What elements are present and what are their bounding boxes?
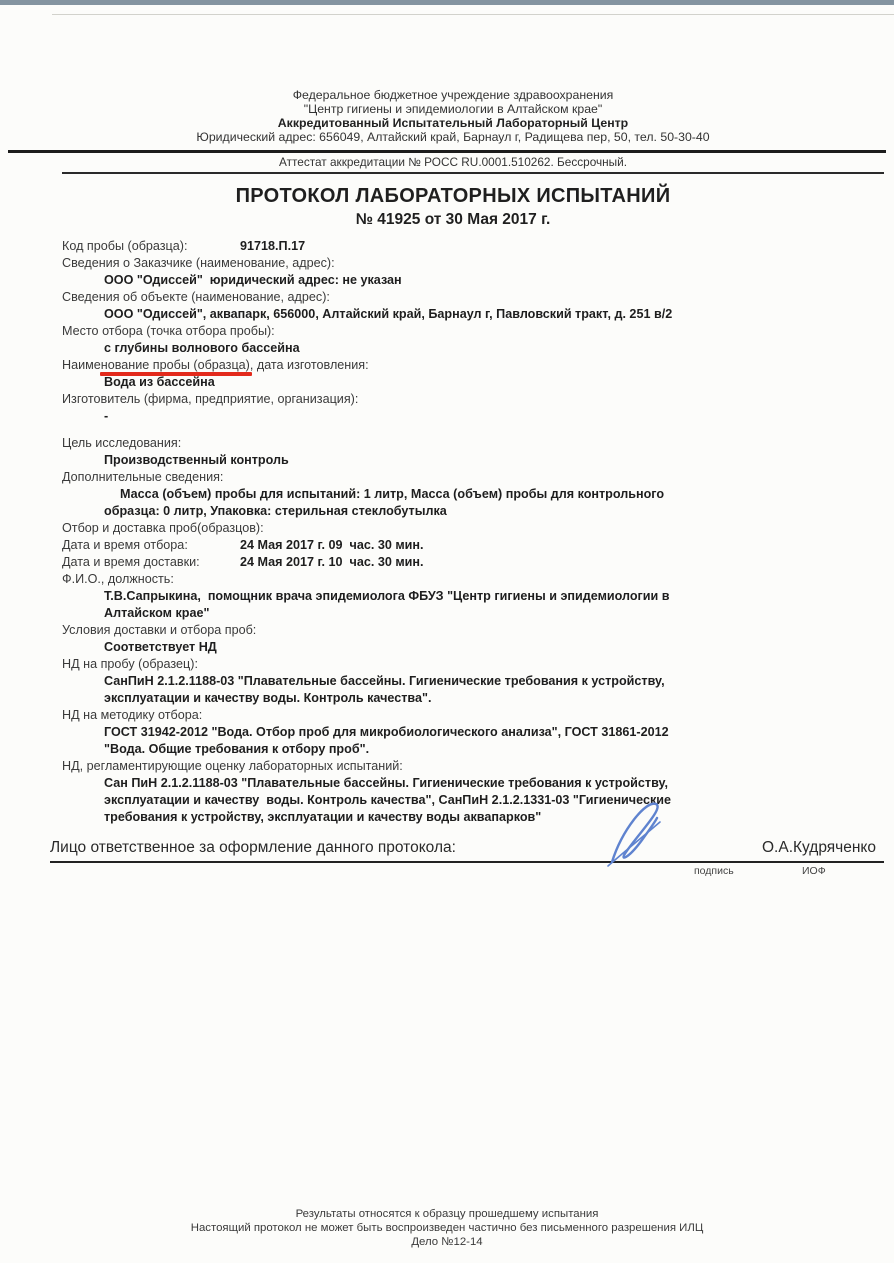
footer-line3: Дело №12-14 xyxy=(0,1235,894,1249)
signature-row: Лицо ответственное за оформление данного… xyxy=(50,838,884,858)
field-sampling-delivery-heading: Отбор и доставка проб(образцов): xyxy=(62,520,844,537)
org-address: Юридический адрес: 656049, Алтайский кра… xyxy=(62,130,844,144)
field-sampler-name-position: Ф.И.О., должность: Т.В.Сапрыкина, помощн… xyxy=(62,571,844,622)
field-label: Дата и время отбора: xyxy=(62,537,240,554)
document-content: Федеральное бюджетное учреждение здравоо… xyxy=(0,0,894,878)
field-object-info: Сведения об объекте (наименование, адрес… xyxy=(62,289,844,323)
footer-line1: Результаты относятся к образцу прошедшем… xyxy=(0,1207,894,1221)
protocol-number: № 41925 от 30 Мая 2017 г. xyxy=(62,210,844,230)
field-sample-code: Код пробы (образца):91718.П.17 xyxy=(62,238,844,255)
field-label: НД на пробу (образец): xyxy=(62,656,844,673)
field-value: ООО "Одиссей", аквапарк, 656000, Алтайск… xyxy=(62,306,844,323)
red-underline-mark xyxy=(100,372,252,376)
field-label: Код пробы (образца): xyxy=(62,238,240,255)
org-name-line2: "Центр гигиены и эпидемиологии в Алтайск… xyxy=(62,102,844,116)
header-divider-thick xyxy=(8,150,886,153)
field-value: 24 Мая 2017 г. 09 час. 30 мин. xyxy=(240,538,424,552)
responsible-person-label: Лицо ответственное за оформление данного… xyxy=(50,838,456,858)
field-label: Условия доставки и отбора проб: xyxy=(62,622,844,639)
org-name-line3: Аккредитованный Испытательный Лабораторн… xyxy=(62,116,844,130)
field-value: ООО "Одиссей" юридический адрес: не указ… xyxy=(62,272,844,289)
document-page: Федеральное бюджетное учреждение здравоо… xyxy=(0,0,894,1263)
field-label: Место отбора (точка отбора пробы): xyxy=(62,323,844,340)
field-value: Сан ПиН 2.1.2.1188-03 "Плавательные басс… xyxy=(62,775,844,826)
field-sample-name: Наименование пробы (образца), дата изгот… xyxy=(62,357,844,391)
field-label: Сведения о Заказчике (наименование, адре… xyxy=(62,255,844,272)
field-research-purpose: Цель исследования: Производственный конт… xyxy=(62,435,844,469)
field-manufacturer: Изготовитель (фирма, предприятие, органи… xyxy=(62,391,844,425)
field-value: ГОСТ 31942-2012 "Вода. Отбор проб для ми… xyxy=(62,724,844,758)
signature-scribble xyxy=(602,796,674,870)
field-value: 24 Мая 2017 г. 10 час. 30 мин. xyxy=(240,555,424,569)
field-label: Дата и время доставки: xyxy=(62,554,240,571)
scan-artifact-line xyxy=(52,14,894,15)
accreditation-line: Аттестат аккредитации № РОСС RU.0001.510… xyxy=(62,156,844,169)
header-divider-thin xyxy=(62,172,884,174)
field-label: Отбор и доставка проб(образцов): xyxy=(62,520,844,537)
letterhead: Федеральное бюджетное учреждение здравоо… xyxy=(62,88,844,144)
fields-list: Код пробы (образца):91718.П.17 Сведения … xyxy=(62,238,844,826)
field-sampling-place: Место отбора (точка отбора пробы): с глу… xyxy=(62,323,844,357)
field-delivery-datetime: Дата и время доставки:24 Мая 2017 г. 10 … xyxy=(62,554,844,571)
field-value: СанПиН 2.1.2.1188-03 "Плавательные бассе… xyxy=(62,673,844,707)
page-footer: Результаты относятся к образцу прошедшем… xyxy=(0,1207,894,1249)
signature-captions: подпись ИОФ xyxy=(50,863,884,878)
responsible-person-name: О.А.Кудряченко xyxy=(762,838,876,858)
field-nd-sampling-method: НД на методику отбора: ГОСТ 31942-2012 "… xyxy=(62,707,844,758)
initials-caption: ИОФ xyxy=(802,865,826,877)
field-value: Вода из бассейна xyxy=(62,374,844,391)
signature-area: Лицо ответственное за оформление данного… xyxy=(50,838,884,878)
field-value: с глубины волнового бассейна xyxy=(62,340,844,357)
field-additional-info: Дополнительные сведения: Масса (объем) п… xyxy=(62,469,844,520)
field-label: Сведения об объекте (наименование, адрес… xyxy=(62,289,844,306)
field-label: Цель исследования: xyxy=(62,435,844,452)
field-sampling-datetime: Дата и время отбора:24 Мая 2017 г. 09 ча… xyxy=(62,537,844,554)
field-value: - xyxy=(62,408,844,425)
field-value: Масса (объем) пробы для испытаний: 1 лит… xyxy=(62,486,844,520)
field-nd-evaluation: НД, регламентирующие оценку лабораторных… xyxy=(62,758,844,826)
field-label: Дополнительные сведения: xyxy=(62,469,844,486)
field-label: НД на методику отбора: xyxy=(62,707,844,724)
page-title: ПРОТОКОЛ ЛАБОРАТОРНЫХ ИСПЫТАНИЙ xyxy=(62,184,844,208)
footer-line2: Настоящий протокол не может быть воспрои… xyxy=(0,1221,894,1235)
field-delivery-conditions: Условия доставки и отбора проб: Соответс… xyxy=(62,622,844,656)
org-name-line1: Федеральное бюджетное учреждение здравоо… xyxy=(62,88,844,102)
field-label: Ф.И.О., должность: xyxy=(62,571,844,588)
field-nd-sample: НД на пробу (образец): СанПиН 2.1.2.1188… xyxy=(62,656,844,707)
scan-edge-band xyxy=(0,0,894,5)
field-value: Т.В.Сапрыкина, помощник врача эпидемиоло… xyxy=(62,588,844,622)
field-label: Изготовитель (фирма, предприятие, органи… xyxy=(62,391,844,408)
field-customer-info: Сведения о Заказчике (наименование, адре… xyxy=(62,255,844,289)
signature-caption: подпись xyxy=(694,865,734,877)
field-value: 91718.П.17 xyxy=(240,239,305,253)
field-value: Производственный контроль xyxy=(62,452,844,469)
field-value: Соответствует НД xyxy=(62,639,844,656)
field-label: НД, регламентирующие оценку лабораторных… xyxy=(62,758,844,775)
